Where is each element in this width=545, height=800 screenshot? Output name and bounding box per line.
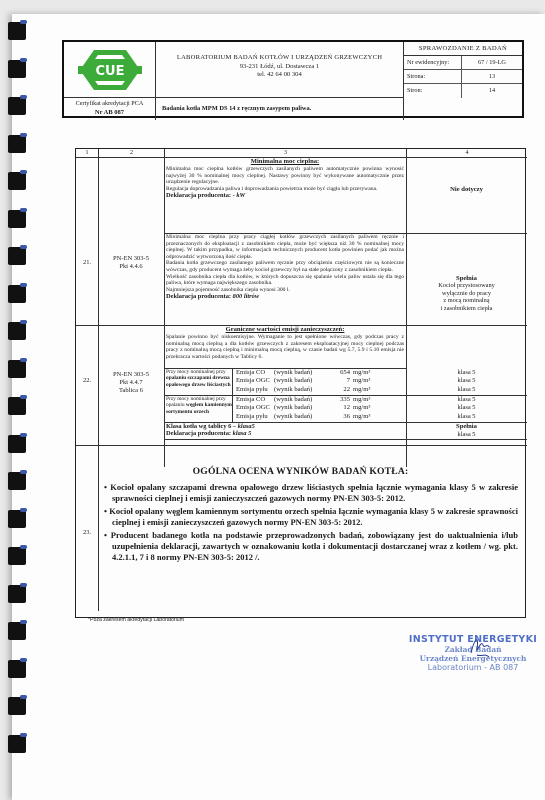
emission-note: (wynik badań) (274, 413, 332, 421)
binding-ring (8, 247, 26, 265)
emission-row: Emisja CO(wynik badań)335mg/m³ (236, 396, 370, 404)
accreditation-cell: Certyfikat akredytacji PCA Nr AB 087 (64, 98, 156, 120)
emission-class: klasa 5 (406, 404, 527, 412)
class-label: Klasa kotła wg tablicy 6 – (166, 423, 236, 430)
emission-note: (wynik badań) (274, 386, 332, 394)
requirement-emission-limits: Graniczne wartości emisji zanieczyszczeń… (164, 326, 406, 360)
binding-ring (8, 585, 26, 603)
class-value: klasa5 (238, 423, 255, 430)
emission-group-label: Przy mocy nominalnej przy opalaniu węgle… (164, 396, 232, 415)
emission-name: Emisja OGC (236, 404, 274, 412)
result-meets: Spełnia Kocioł przystosowany wyłącznie d… (406, 275, 527, 312)
verdict-note: Kocioł przystosowany (406, 282, 527, 289)
emission-note: (wynik badań) (274, 369, 332, 377)
manufacturer-declaration: Deklaracja producenta: 800 litrów (164, 293, 406, 301)
standard-line: PN-EN 303-5 (98, 255, 164, 263)
emission-row: Emisja OGC(wynik badań)12mg/m³ (236, 404, 370, 412)
row-number: 23. (76, 529, 98, 537)
col-header-4: 4 (406, 149, 527, 157)
report-header: CUE Certyfikat akredytacji PCA Nr AB 087… (62, 40, 524, 118)
standard-line: Pkt 4.4.6 (98, 263, 164, 271)
verdict: Spełnia (406, 423, 527, 431)
result-not-applicable: Nie dotyczy (406, 187, 527, 194)
emission-note: (wynik badań) (274, 396, 332, 404)
paragraph: Regulacja doprowadzania paliwa i doprowa… (164, 186, 406, 193)
verdict-note: z mocą nominalną (406, 297, 527, 304)
row-standard: PN-EN 303-5 Pkt 4.4.6 (98, 255, 164, 271)
paragraph: Najmniejsza pojemność zasobnika ciepła w… (164, 287, 406, 294)
emission-value: 36 (332, 413, 350, 421)
binding-ring (8, 547, 26, 565)
emission-note: (wynik badań) (274, 377, 332, 385)
emission-unit: mg/m³ (353, 404, 370, 412)
emission-row: Emisja CO(wynik badań)654mg/m³ (236, 369, 370, 377)
emission-value: 654 (332, 369, 350, 377)
declaration-value: kW (236, 192, 245, 199)
emission-row: Emisja OGC(wynik badań)7mg/m³ (236, 377, 370, 385)
paragraph: Spalanie powinno być niskoemisyjne. Wyma… (164, 334, 406, 360)
meta-value: 67 / 19-LG (462, 56, 522, 69)
emission-unit: mg/m³ (353, 377, 370, 385)
section-title: Graniczne wartości emisji zanieczyszczeń… (164, 326, 406, 334)
binding-ring (8, 322, 26, 340)
declaration-value: 800 litrów (233, 293, 259, 300)
emission-name: Emisja CO (236, 396, 274, 404)
emission-group-label: Przy mocy nominalnej przy opalaniu szcza… (164, 369, 232, 388)
lab-phone: tel. 42 64 00 304 (156, 71, 403, 80)
emission-class: klasa 5 (406, 396, 527, 404)
paragraph: Minimalna moc cieplna przy pracy ciągłej… (164, 234, 406, 260)
lab-info: LABORATORIUM BADAŃ KOTŁÓW I URZĄDZEŃ GRZ… (156, 42, 404, 98)
verdict-note: i zasobnikiem ciepła (406, 305, 527, 312)
emission-value: 12 (332, 404, 350, 412)
spiral-binding (4, 22, 24, 800)
report-meta: SPRAWOZDANIE Z BADAŃ Nr ewidencyjny: 67 … (404, 42, 522, 98)
summary-list: Kocioł opalany szczapami drewna opałoweg… (104, 482, 518, 565)
emission-unit: mg/m³ (353, 386, 370, 394)
requirement-min-power: Minimalna moc cieplna: Minimalna moc cie… (164, 158, 406, 200)
paragraph: Minimalna moc cieplna kotłów grzewczych … (164, 166, 406, 186)
emission-class: klasa 5 (406, 413, 527, 421)
summary-item: Kocioł opalany węglem kamiennym sortymen… (104, 506, 518, 527)
emission-class: klasa 5 (406, 386, 527, 394)
binding-ring (8, 135, 26, 153)
emission-note: (wynik badań) (274, 404, 332, 412)
col-header-2: 2 (98, 149, 164, 157)
summary-title: OGÓLNA OCENA WYNIKÓW BADAŃ KOTŁA: (75, 466, 526, 477)
manufacturer-declaration: Deklaracja producenta: - kW (164, 192, 406, 200)
meta-value: 14 (462, 84, 522, 98)
meta-row: Stron: 14 (404, 84, 522, 98)
meta-label: Stron: (404, 84, 462, 98)
result-meets: Spełnia klasa 5 (406, 423, 527, 439)
emission-value: 7 (332, 377, 350, 385)
test-title: Badania kotła MPM DS 14 z ręcznym zasype… (156, 98, 404, 120)
col-header-3: 3 (164, 149, 406, 157)
binding-ring (8, 360, 26, 378)
requirement-heat-storage: Minimalna moc cieplna przy pracy ciągłej… (164, 234, 406, 301)
section-title: Minimalna moc cieplna: (164, 158, 406, 166)
binding-ring (8, 210, 26, 228)
emission-name: Emisja OGC (236, 377, 274, 385)
binding-ring (8, 622, 26, 640)
manufacturer-declaration: Deklaracja producenta: klasa 5 (164, 430, 406, 438)
cert-label: Certyfikat akredytacji PCA (76, 100, 144, 107)
group-label-bold: opalaniu szczapami drewna opałowego drze… (166, 375, 231, 387)
cue-logo-icon: CUE (78, 48, 142, 92)
emission-row: Emisja pyłu(wynik badań)22mg/m³ (236, 386, 370, 394)
paragraph: Badania kotła grzewczego zasilanego pali… (164, 260, 406, 273)
declaration-value: klasa 5 (233, 430, 252, 437)
emission-unit: mg/m³ (353, 413, 370, 421)
summary-item: Producent badanego kotła na podstawie pr… (104, 530, 518, 562)
emission-row: Emisja pyłu(wynik badań)36mg/m³ (236, 413, 370, 421)
meta-label: Strona: (404, 70, 462, 83)
binding-ring (8, 472, 26, 490)
binding-ring (8, 510, 26, 528)
binding-ring (8, 172, 26, 190)
lab-name: LABORATORIUM BADAŃ KOTŁÓW I URZĄDZEŃ GRZ… (156, 54, 403, 63)
binding-ring (8, 660, 26, 678)
col-header-1: 1 (76, 149, 98, 157)
emission-unit: mg/m³ (353, 396, 370, 404)
verdict-note: wyłącznie do pracy (406, 290, 527, 297)
binding-ring (8, 22, 26, 40)
emission-class: klasa 5 (406, 377, 527, 385)
summary-item: Kocioł opalany szczapami drewna opałoweg… (104, 482, 518, 503)
logo-cell: CUE (64, 42, 156, 98)
meta-row: Nr ewidencyjny: 67 / 19-LG (404, 56, 522, 70)
verdict: Spełnia (406, 275, 527, 282)
declaration-label: Deklaracja producenta: (166, 293, 231, 300)
row-number: 22. (76, 377, 98, 385)
verdict-class: klasa 5 (406, 431, 527, 439)
emission-name: Emisja CO (236, 369, 274, 377)
meta-label: Nr ewidencyjny: (404, 56, 462, 69)
emission-value: 335 (332, 396, 350, 404)
meta-row: Strona: 13 (404, 70, 522, 84)
binding-ring (8, 697, 26, 715)
svg-text:CUE: CUE (96, 64, 125, 79)
paragraph: Wielkość zasobnika ciepła dla kotłów, w … (164, 274, 406, 287)
group-label-plain: Przy mocy nominalnej przy (166, 369, 226, 375)
binding-ring (8, 435, 26, 453)
emission-class: klasa 5 (406, 369, 527, 377)
declaration-label: Deklaracja producenta: - (166, 192, 235, 199)
standard-line: PN-EN 303-5 (98, 371, 164, 379)
emission-name: Emisja pyłu (236, 413, 274, 421)
stamp-line: Laboratorium - AB 087 (398, 663, 545, 673)
standard-line: Pkt 4.4.7 (98, 379, 164, 387)
emission-value: 22 (332, 386, 350, 394)
emission-name: Emisja pyłu (236, 386, 274, 394)
cert-number: Nr AB 087 (64, 108, 155, 117)
row-number: 21. (76, 259, 98, 267)
report-title: SPRAWOZDANIE Z BADAŃ (404, 42, 522, 56)
binding-ring (8, 397, 26, 415)
meta-value: 13 (462, 70, 522, 83)
footnote: *Poza zakresem akredytacji Laboratorium (88, 617, 184, 623)
signature-icon (467, 631, 493, 661)
row-standard: PN-EN 303-5 Pkt 4.4.7 Tablica 6 (98, 371, 164, 395)
binding-ring (8, 97, 26, 115)
standard-line: Tablica 6 (98, 387, 164, 395)
binding-ring (8, 285, 26, 303)
emission-unit: mg/m³ (353, 369, 370, 377)
lab-address: 93-231 Łódź, ul. Dostawcza 1 (156, 63, 403, 72)
declaration-label: Deklaracja producenta: (166, 430, 231, 437)
binding-ring (8, 60, 26, 78)
binding-ring (8, 735, 26, 753)
